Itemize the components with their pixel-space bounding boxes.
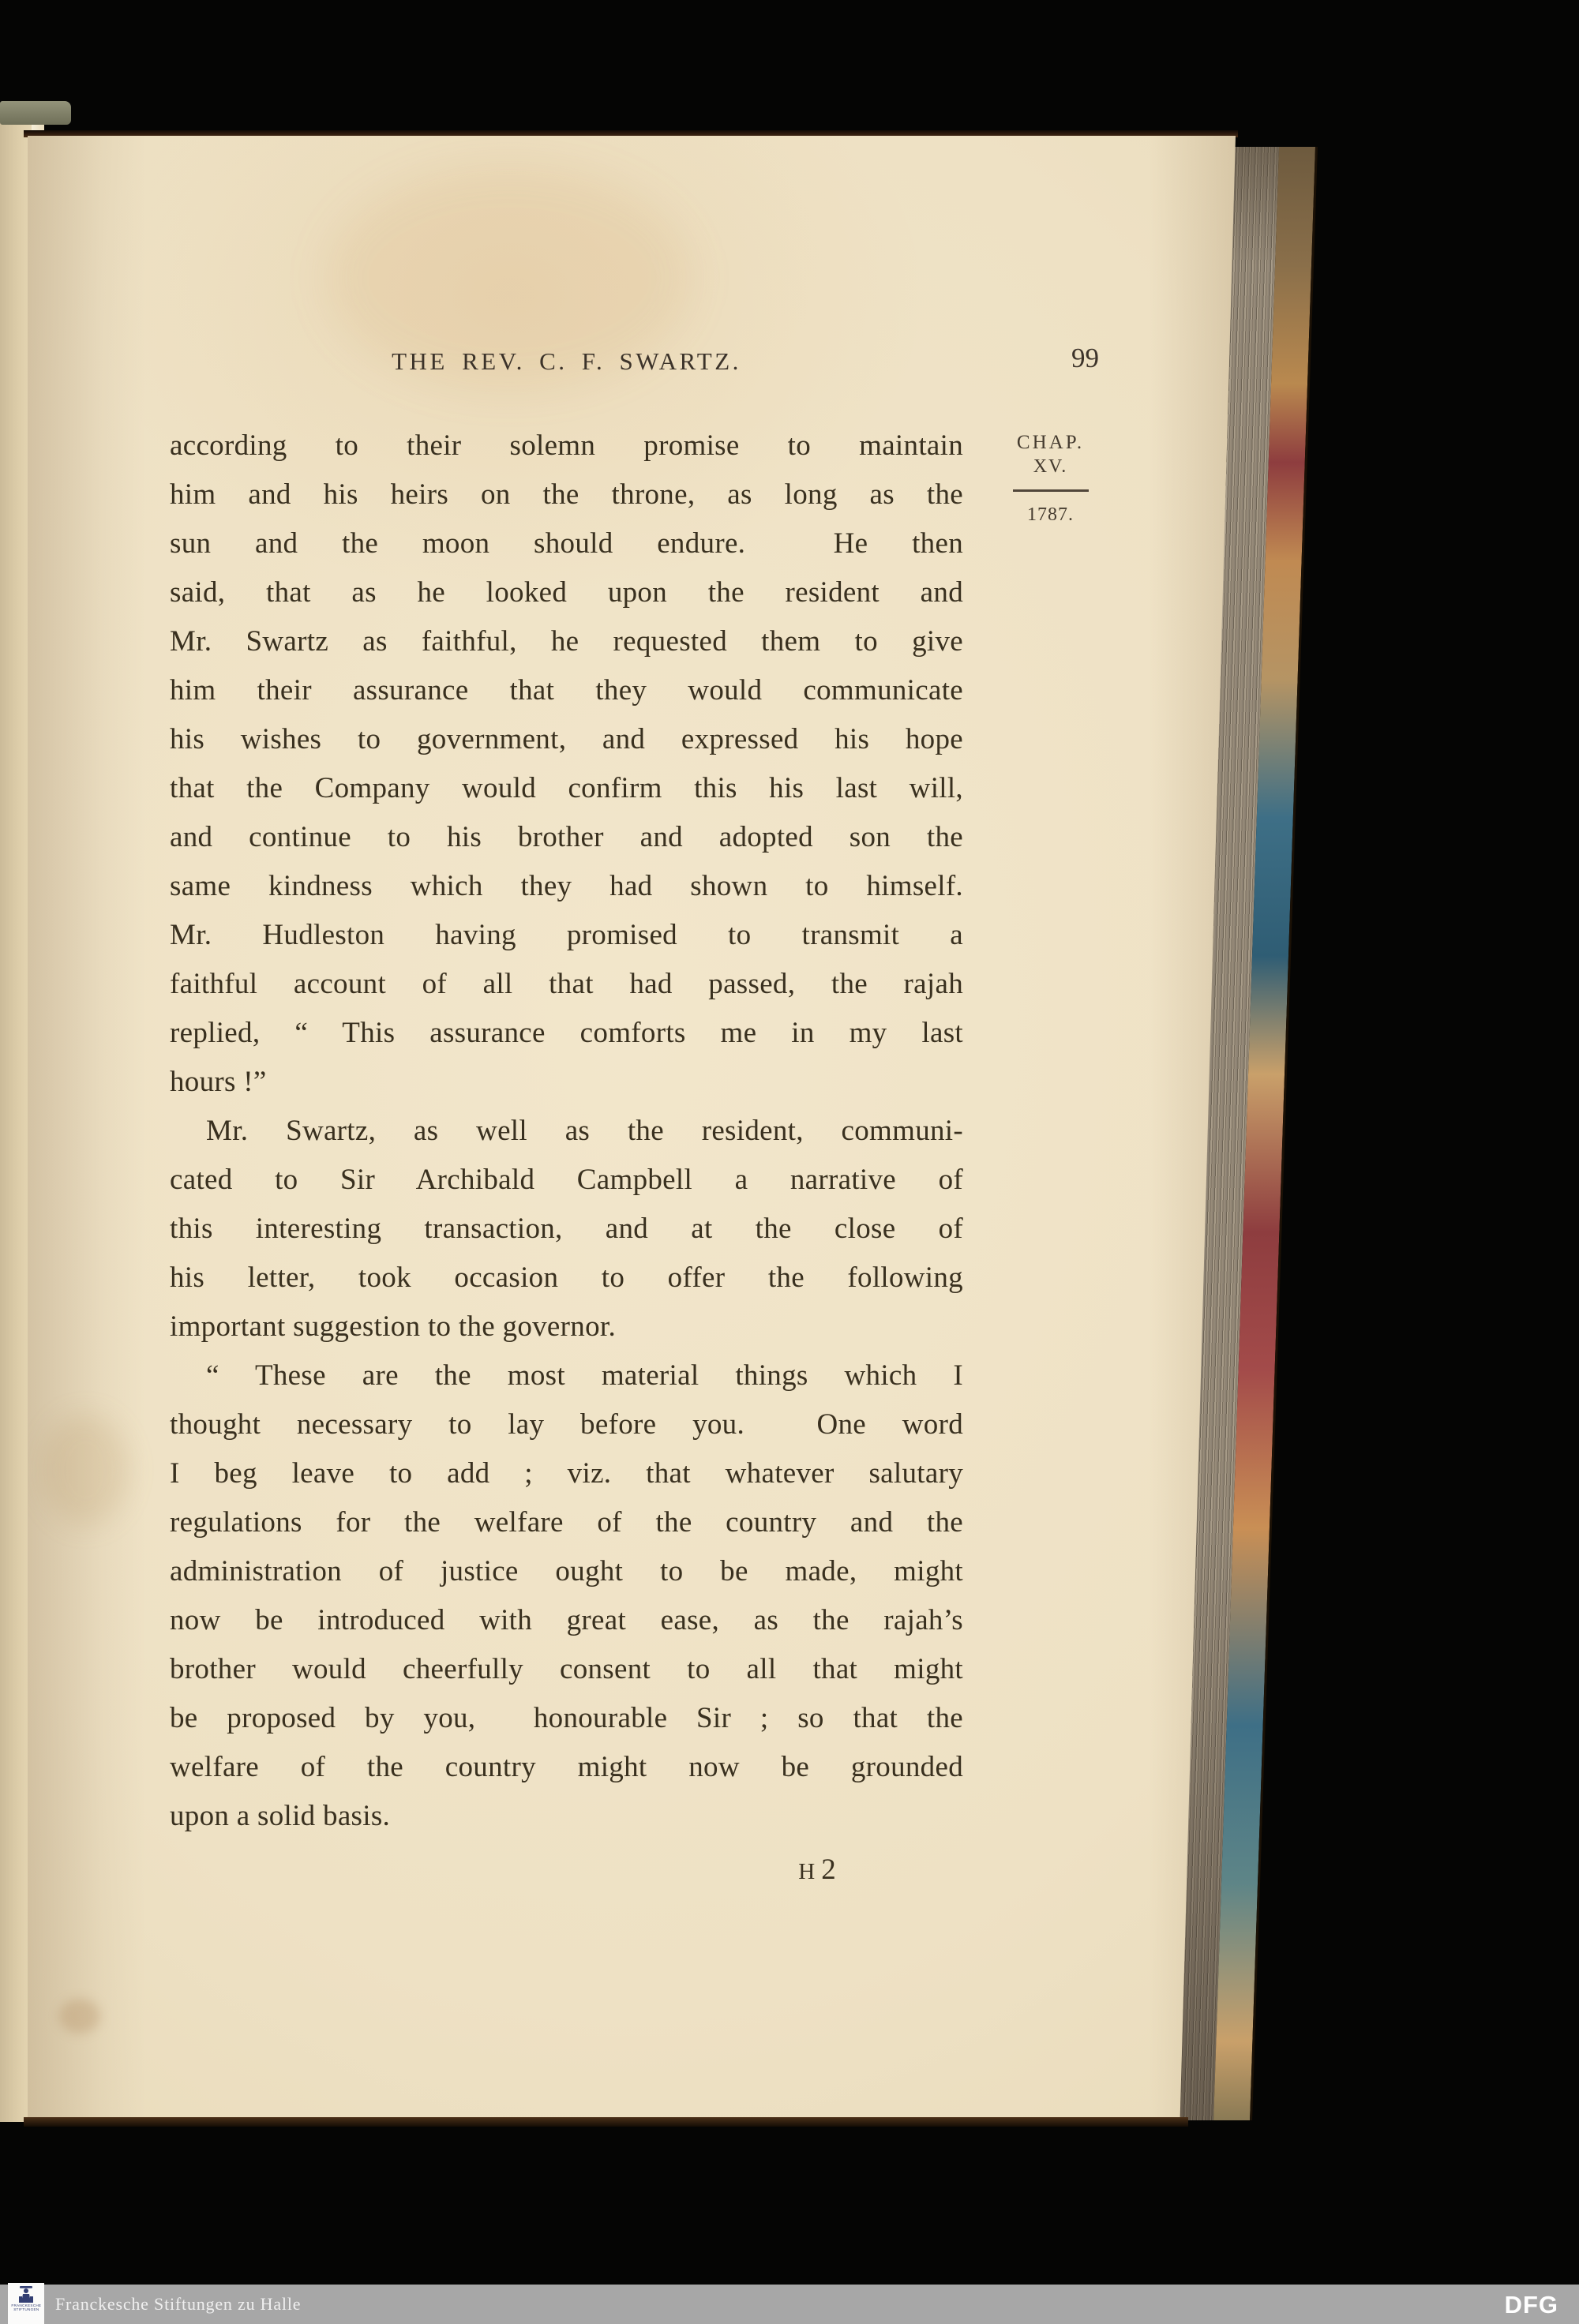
viewer-footer-bar: FRANCKESCHE STIFTUNGEN Franckesche Stift…	[0, 2285, 1579, 2324]
cover-bottom-rim	[24, 2117, 1188, 2127]
margin-note: CHAP. XV. 1787.	[985, 431, 1116, 526]
scanned-book-viewer: THE REV. C. F. SWARTZ. 99 CHAP. XV. 1787…	[0, 0, 1579, 2324]
text-line: and continue to his brother and adopted …	[170, 813, 963, 862]
margin-year: 1787.	[985, 504, 1116, 526]
text-line: that the Company would confirm this his …	[170, 764, 963, 813]
chapter-label: CHAP.	[985, 431, 1116, 455]
logo-caption: FRANCKESCHE STIFTUNGEN	[11, 2304, 41, 2311]
francke-foundation-icon	[18, 2285, 34, 2304]
text-line: Mr. Swartz, as well as the resident, com…	[170, 1107, 963, 1156]
text-line: this interesting transaction, and at the…	[170, 1205, 963, 1254]
body-text: according to their solemn promise to mai…	[170, 422, 963, 1841]
text-line: said, that as he looked upon the residen…	[170, 568, 963, 617]
library-name: Franckesche Stiftungen zu Halle	[55, 2285, 301, 2324]
book-page: THE REV. C. F. SWARTZ. 99 CHAP. XV. 1787…	[28, 136, 1236, 2119]
signature-number: 2	[821, 1854, 836, 1886]
text-line: upon a solid basis.	[170, 1792, 963, 1841]
text-line: now be introduced with great ease, as th…	[170, 1596, 963, 1645]
library-logo: FRANCKESCHE STIFTUNGEN	[8, 2283, 44, 2324]
text-line: be proposed by you, honourable Sir ; so …	[170, 1694, 963, 1743]
paper-stain	[59, 1999, 100, 2033]
text-line: brother would cheerfully consent to all …	[170, 1645, 963, 1694]
binding-headband	[0, 101, 71, 125]
paper-stain	[42, 1415, 129, 1525]
signature-mark: H 2	[754, 1853, 880, 1887]
text-line: regulations for the welfare of the count…	[170, 1498, 963, 1547]
text-line: replied, “ This assurance comforts me in…	[170, 1009, 963, 1058]
text-line: according to their solemn promise to mai…	[170, 422, 963, 470]
text-line: his wishes to government, and expressed …	[170, 715, 963, 764]
page-number: 99	[1071, 343, 1158, 374]
margin-rule	[1013, 489, 1089, 492]
text-line: “ These are the most material things whi…	[170, 1351, 963, 1400]
text-line: his letter, took occasion to offer the f…	[170, 1254, 963, 1303]
text-line: hours !”	[170, 1058, 963, 1107]
logo-caption-line2: STIFTUNGEN	[11, 2308, 41, 2312]
text-line: I beg leave to add ; viz. that whatever …	[170, 1449, 963, 1498]
text-line: faithful account of all that had passed,…	[170, 960, 963, 1009]
chapter-numeral: XV.	[985, 455, 1116, 478]
dfg-logo: DFG	[1505, 2285, 1558, 2324]
text-line: him their assurance that they would comm…	[170, 666, 963, 715]
text-line: same kindness which they had shown to hi…	[170, 862, 963, 911]
text-line: Mr. Hudleston having promised to transmi…	[170, 911, 963, 960]
text-line: welfare of the country might now be grou…	[170, 1743, 963, 1792]
text-line: administration of justice ought to be ma…	[170, 1547, 963, 1596]
running-title: THE REV. C. F. SWARTZ.	[170, 347, 963, 376]
text-line: important suggestion to the governor.	[170, 1303, 963, 1351]
signature-letter: H	[798, 1859, 818, 1884]
text-line: him and his heirs on the throne, as long…	[170, 470, 963, 519]
text-line: Mr. Swartz as faithful, he requested the…	[170, 617, 963, 666]
text-line: cated to Sir Archibald Campbell a narrat…	[170, 1156, 963, 1205]
text-line: thought necessary to lay before you. One…	[170, 1400, 963, 1449]
text-line: sun and the moon should endure. He then	[170, 519, 963, 568]
